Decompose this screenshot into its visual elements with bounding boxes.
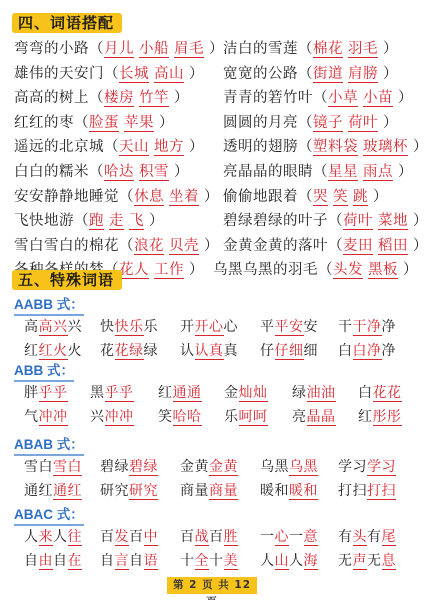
word-pair-row: 雪白雪白的棉花（浪花贝壳） bbox=[14, 234, 224, 259]
word-item: 无声无息 bbox=[338, 549, 396, 573]
close-paren: ） bbox=[159, 115, 174, 131]
word-prefix: 高 bbox=[24, 319, 39, 335]
word-red-part: 通通 bbox=[173, 385, 202, 402]
word-red-part: 暖和 bbox=[289, 483, 318, 500]
word-row: 胖乎乎黑乎乎红通通金灿灿绿油油白花花 bbox=[0, 381, 424, 405]
word-item: 一心一意 bbox=[260, 525, 318, 549]
word-suffix: 心 bbox=[224, 319, 239, 335]
answer-word: 月儿 bbox=[104, 41, 134, 58]
phrase-text: 圆圆的月亮 bbox=[223, 115, 298, 131]
word-pair-row: 遥远的北京城（天山地方） bbox=[14, 135, 224, 160]
word-prefix: 学习 bbox=[338, 459, 367, 475]
answer-word: 小草 bbox=[328, 90, 358, 107]
answer-word: 小船 bbox=[139, 41, 169, 58]
word-row: 红红火火花花绿绿认认真真仔仔细细白白净净 bbox=[0, 339, 424, 363]
close-paren: ） bbox=[383, 115, 398, 131]
word-char: 人 bbox=[53, 529, 68, 545]
section-5-title: 五、特殊词语 bbox=[12, 270, 122, 290]
open-paren: （ bbox=[298, 189, 313, 205]
word-item: 白花花 bbox=[358, 381, 402, 405]
word-prefix: 暖和 bbox=[260, 483, 289, 499]
word-char: 十 bbox=[209, 553, 224, 569]
word-char: 百 bbox=[129, 529, 144, 545]
word-char-red: 言 bbox=[115, 553, 130, 570]
word-item: 乐呵呵 bbox=[224, 405, 268, 429]
word-item: 绿油油 bbox=[292, 381, 336, 405]
word-pair-row: 安安静静地睡觉（休息坐着） bbox=[14, 185, 224, 210]
word-char: 百 bbox=[180, 529, 195, 545]
close-paren: ） bbox=[189, 262, 204, 278]
word-pair-row: 乌黑乌黑的羽毛（头发黑板） bbox=[213, 258, 424, 283]
word-prefix: 白 bbox=[338, 343, 353, 359]
word-pairs-right-column: 洁白的雪莲（棉花羽毛）宽宽的公路（街道肩膀）青青的箬竹叶（小草小苗）圆圆的月亮（… bbox=[223, 37, 424, 283]
word-char-red: 由 bbox=[39, 553, 54, 570]
phrase-text: 透明的翅膀 bbox=[223, 139, 298, 155]
open-paren: （ bbox=[119, 238, 134, 254]
word-prefix: 研究 bbox=[100, 483, 129, 499]
word-item: 红彤彤 bbox=[358, 405, 402, 429]
phrase-text: 青青的箬竹叶 bbox=[223, 90, 313, 106]
word-item: 人山人海 bbox=[260, 549, 318, 573]
word-pair-row: 高高的树上（楼房竹竿） bbox=[14, 86, 224, 111]
answer-word: 塑料袋 bbox=[313, 139, 358, 156]
word-item: 雪白雪白 bbox=[24, 455, 82, 479]
answer-word: 头发 bbox=[333, 262, 363, 279]
section-4-title: 四、词语搭配 bbox=[12, 13, 122, 33]
open-paren: （ bbox=[74, 115, 89, 131]
word-red-part: 彤彤 bbox=[373, 409, 402, 426]
word-item: 仔仔细细 bbox=[260, 339, 318, 363]
answer-word: 地方 bbox=[154, 139, 184, 156]
word-red-part: 金黄 bbox=[209, 459, 238, 476]
phrase-text: 飞快地游 bbox=[14, 213, 74, 229]
answer-word: 街道 bbox=[313, 66, 343, 83]
word-item: 通红通红 bbox=[24, 479, 82, 503]
word-red-part: 冲冲 bbox=[105, 409, 134, 426]
open-paren: （ bbox=[298, 139, 313, 155]
word-prefix: 红 bbox=[24, 343, 39, 359]
word-prefix: 开 bbox=[180, 319, 195, 335]
word-red-part: 乎乎 bbox=[105, 385, 134, 402]
word-item: 干干净净 bbox=[338, 315, 396, 339]
close-paren: ） bbox=[383, 66, 398, 82]
word-row: 通红通红研究研究商量商量暖和暖和打扫打扫 bbox=[0, 479, 424, 503]
word-red-part: 干净 bbox=[353, 319, 382, 336]
word-char: 自 bbox=[24, 553, 39, 569]
answer-word: 楼房 bbox=[104, 90, 134, 107]
word-suffix: 兴 bbox=[68, 319, 83, 335]
close-paren: ） bbox=[189, 66, 204, 82]
word-char-red: 战 bbox=[195, 529, 210, 546]
word-prefix: 通红 bbox=[24, 483, 53, 499]
word-item: 自由自在 bbox=[24, 549, 82, 573]
word-prefix: 平 bbox=[260, 319, 275, 335]
word-item: 打扫打扫 bbox=[338, 479, 396, 503]
word-item: 十全十美 bbox=[180, 549, 238, 573]
answer-word: 积雪 bbox=[139, 164, 169, 181]
word-pair-row: 亮晶晶的眼睛（星星雨点） bbox=[223, 160, 424, 185]
word-red-part: 哈哈 bbox=[173, 409, 202, 426]
word-char-red: 中 bbox=[144, 529, 159, 546]
word-char: 人 bbox=[260, 553, 275, 569]
word-pair-row: 偷偷地跟着（哭笑跳） bbox=[223, 185, 424, 210]
word-prefix: 红 bbox=[158, 385, 173, 401]
answer-word: 哈达 bbox=[104, 164, 134, 181]
word-prefix: 白 bbox=[358, 385, 373, 401]
phrase-text: 高高的树上 bbox=[14, 90, 89, 106]
word-item: 亮晶晶 bbox=[292, 405, 336, 429]
word-prefix: 亮 bbox=[292, 409, 307, 425]
word-char-red: 尾 bbox=[382, 529, 397, 546]
word-char-red: 意 bbox=[304, 529, 319, 546]
answer-word: 羽毛 bbox=[348, 41, 378, 58]
word-item: 研究研究 bbox=[100, 479, 158, 503]
answer-word: 脸蛋 bbox=[89, 115, 119, 132]
word-row: 高高兴兴快快乐乐开开心心平平安安干干净净 bbox=[0, 315, 424, 339]
phrase-text: 亮晶晶的眼睛 bbox=[223, 164, 313, 180]
word-char-red: 声 bbox=[353, 553, 368, 570]
phrase-text: 宽宽的公路 bbox=[223, 66, 298, 82]
answer-word: 小苗 bbox=[363, 90, 393, 107]
answer-word: 跑 bbox=[89, 213, 104, 230]
word-pair-row: 雄伟的天安门（长城高山） bbox=[14, 62, 224, 87]
word-prefix: 气 bbox=[24, 409, 39, 425]
open-paren: （ bbox=[104, 66, 119, 82]
close-paren: ） bbox=[413, 213, 424, 229]
word-red-part: 研究 bbox=[129, 483, 158, 500]
phrase-text: 遥远的北京城 bbox=[14, 139, 104, 155]
word-item: 乌黑乌黑 bbox=[260, 455, 318, 479]
word-pair-row: 碧绿碧绿的叶子（荷叶菜地） bbox=[223, 209, 424, 234]
word-pairs-left-column: 弯弯的小路（月儿小船眉毛）雄伟的天安门（长城高山）高高的树上（楼房竹竿）红红的枣… bbox=[14, 37, 224, 283]
word-prefix: 商量 bbox=[180, 483, 209, 499]
word-char: 无 bbox=[338, 553, 353, 569]
word-prefix: 干 bbox=[338, 319, 353, 335]
answer-word: 竹竿 bbox=[139, 90, 169, 107]
open-paren: （ bbox=[298, 66, 313, 82]
word-pair-row: 飞快地游（跑走飞） bbox=[14, 209, 224, 234]
word-red-part: 高兴 bbox=[39, 319, 68, 336]
word-item: 红通通 bbox=[158, 381, 202, 405]
open-paren: （ bbox=[89, 164, 104, 180]
word-red-part: 花花 bbox=[373, 385, 402, 402]
page-number-footer: 第 2 页 共 12 页 bbox=[167, 577, 257, 594]
answer-word: 眉毛 bbox=[174, 41, 204, 58]
answer-word: 荷叶 bbox=[343, 213, 373, 230]
word-prefix: 胖 bbox=[24, 385, 39, 401]
word-char: 自 bbox=[129, 553, 144, 569]
answer-word: 肩膀 bbox=[348, 66, 378, 83]
close-paren: ） bbox=[413, 238, 424, 254]
word-char-red: 心 bbox=[275, 529, 290, 546]
word-prefix: 笑 bbox=[158, 409, 173, 425]
word-item: 碧绿碧绿 bbox=[100, 455, 158, 479]
close-paren: ） bbox=[189, 139, 204, 155]
answer-word: 贝壳 bbox=[169, 238, 199, 255]
word-item: 快快乐乐 bbox=[100, 315, 158, 339]
word-item: 百发百中 bbox=[100, 525, 158, 549]
answer-word: 哭 bbox=[313, 189, 328, 206]
phrase-text: 偷偷地跟着 bbox=[223, 189, 298, 205]
word-pair-row: 透明的翅膀（塑料袋玻璃杯） bbox=[223, 135, 424, 160]
word-pair-row: 金黄金黄的落叶（麦田稻田） bbox=[223, 234, 424, 259]
open-paren: （ bbox=[298, 41, 313, 57]
answer-word: 天山 bbox=[119, 139, 149, 156]
phrase-text: 红红的枣 bbox=[14, 115, 74, 131]
word-char-red: 来 bbox=[39, 529, 54, 546]
word-item: 金黄金黄 bbox=[180, 455, 238, 479]
word-suffix: 细 bbox=[304, 343, 319, 359]
word-prefix: 兴 bbox=[90, 409, 105, 425]
phrase-text: 安安静静地睡觉 bbox=[14, 189, 119, 205]
close-paren: ） bbox=[373, 189, 388, 205]
word-prefix: 金黄 bbox=[180, 459, 209, 475]
word-prefix: 黑 bbox=[90, 385, 105, 401]
phrase-text: 弯弯的小路 bbox=[14, 41, 89, 57]
phrase-text: 乌黑乌黑的羽毛 bbox=[213, 262, 318, 278]
answer-word: 稻田 bbox=[378, 238, 408, 255]
answer-word: 跳 bbox=[353, 189, 368, 206]
close-paren: ） bbox=[204, 238, 219, 254]
word-char-red: 息 bbox=[382, 553, 397, 570]
word-item: 百战百胜 bbox=[180, 525, 238, 549]
answer-word: 雨点 bbox=[363, 164, 393, 181]
word-red-part: 通红 bbox=[53, 483, 82, 500]
answer-word: 飞 bbox=[129, 213, 144, 230]
answer-word: 镜子 bbox=[313, 115, 343, 132]
word-item: 笑哈哈 bbox=[158, 405, 202, 429]
word-item: 自言自语 bbox=[100, 549, 158, 573]
answer-word: 休息 bbox=[134, 189, 164, 206]
open-paren: （ bbox=[313, 164, 328, 180]
word-pair-row: 圆圆的月亮（镜子荷叶） bbox=[223, 111, 424, 136]
close-paren: ） bbox=[204, 189, 219, 205]
close-paren: ） bbox=[149, 213, 164, 229]
answer-word: 走 bbox=[109, 213, 124, 230]
word-char: 无 bbox=[367, 553, 382, 569]
word-red-part: 冲冲 bbox=[39, 409, 68, 426]
word-prefix: 仔 bbox=[260, 343, 275, 359]
word-item: 白白净净 bbox=[338, 339, 396, 363]
word-char: 人 bbox=[24, 529, 39, 545]
phrase-text: 白白的糯米 bbox=[14, 164, 89, 180]
close-paren: ） bbox=[174, 90, 189, 106]
word-red-part: 晶晶 bbox=[307, 409, 336, 426]
open-paren: （ bbox=[318, 262, 333, 278]
word-prefix: 红 bbox=[358, 409, 373, 425]
word-char-red: 语 bbox=[144, 553, 159, 570]
answer-word: 荷叶 bbox=[348, 115, 378, 132]
close-paren: ） bbox=[413, 139, 424, 155]
word-red-part: 打扫 bbox=[367, 483, 396, 500]
answer-word: 黑板 bbox=[368, 262, 398, 279]
word-char-red: 头 bbox=[353, 529, 368, 546]
word-prefix: 乌黑 bbox=[260, 459, 289, 475]
answer-word: 长城 bbox=[119, 66, 149, 83]
pattern-label: AABB 式： bbox=[14, 297, 84, 316]
word-item: 胖乎乎 bbox=[24, 381, 68, 405]
word-item: 气冲冲 bbox=[24, 405, 68, 429]
word-char: 人 bbox=[289, 553, 304, 569]
word-red-part: 油油 bbox=[307, 385, 336, 402]
word-char-red: 发 bbox=[115, 529, 130, 546]
word-pair-row: 青青的箬竹叶（小草小苗） bbox=[223, 86, 424, 111]
word-char-red: 在 bbox=[68, 553, 83, 570]
close-paren: ） bbox=[209, 41, 224, 57]
word-red-part: 认真 bbox=[195, 343, 224, 360]
word-char: 十 bbox=[180, 553, 195, 569]
open-paren: （ bbox=[89, 90, 104, 106]
word-char: 自 bbox=[53, 553, 68, 569]
phrase-text: 碧绿碧绿的叶子 bbox=[223, 213, 328, 229]
answer-word: 坐着 bbox=[169, 189, 199, 206]
phrase-text: 雪白雪白的棉花 bbox=[14, 238, 119, 254]
word-row: 人来人往百发百中百战百胜一心一意有头有尾 bbox=[0, 525, 424, 549]
word-item: 红红火火 bbox=[24, 339, 82, 363]
word-item: 学习学习 bbox=[338, 455, 396, 479]
word-red-part: 乎乎 bbox=[39, 385, 68, 402]
word-red-part: 商量 bbox=[209, 483, 238, 500]
word-suffix: 绿 bbox=[144, 343, 159, 359]
word-suffix: 净 bbox=[382, 343, 397, 359]
word-char: 一 bbox=[260, 529, 275, 545]
word-prefix: 快 bbox=[100, 319, 115, 335]
open-paren: （ bbox=[313, 90, 328, 106]
word-char-red: 美 bbox=[224, 553, 239, 570]
word-red-part: 乌黑 bbox=[289, 459, 318, 476]
word-item: 兴冲冲 bbox=[90, 405, 134, 429]
word-item: 高高兴兴 bbox=[24, 315, 82, 339]
word-item: 开开心心 bbox=[180, 315, 238, 339]
word-char-red: 胜 bbox=[224, 529, 239, 546]
word-suffix: 真 bbox=[224, 343, 239, 359]
word-prefix: 碧绿 bbox=[100, 459, 129, 475]
word-prefix: 绿 bbox=[292, 385, 307, 401]
word-char-red: 全 bbox=[195, 553, 210, 570]
word-char: 有 bbox=[338, 529, 353, 545]
word-red-part: 呵呵 bbox=[239, 409, 268, 426]
pattern-label: ABB 式： bbox=[14, 363, 74, 382]
word-char-red: 山 bbox=[275, 553, 290, 570]
answer-word: 苹果 bbox=[124, 115, 154, 132]
word-pair-row: 红红的枣（脸蛋苹果） bbox=[14, 111, 224, 136]
word-item: 人来人往 bbox=[24, 525, 82, 549]
pattern-label: ABAC 式： bbox=[14, 507, 84, 526]
word-red-part: 白净 bbox=[353, 343, 382, 360]
open-paren: （ bbox=[89, 41, 104, 57]
word-row: 自由自在自言自语十全十美人山人海无声无息 bbox=[0, 549, 424, 573]
close-paren: ） bbox=[398, 90, 413, 106]
word-red-part: 花绿 bbox=[115, 343, 144, 360]
open-paren: （ bbox=[119, 189, 134, 205]
word-red-part: 红火 bbox=[39, 343, 68, 360]
word-prefix: 花 bbox=[100, 343, 115, 359]
word-row: 气冲冲兴冲冲笑哈哈乐呵呵亮晶晶红彤彤 bbox=[0, 405, 424, 429]
word-char: 百 bbox=[209, 529, 224, 545]
word-prefix: 认 bbox=[180, 343, 195, 359]
answer-word: 菜地 bbox=[378, 213, 408, 230]
word-item: 有头有尾 bbox=[338, 525, 396, 549]
phrase-text: 雄伟的天安门 bbox=[14, 66, 104, 82]
word-red-part: 雪白 bbox=[53, 459, 82, 476]
answer-word: 花人 bbox=[119, 262, 149, 279]
word-prefix: 打扫 bbox=[338, 483, 367, 499]
word-pair-row: 洁白的雪莲（棉花羽毛） bbox=[223, 37, 424, 62]
word-suffix: 乐 bbox=[144, 319, 159, 335]
word-suffix: 净 bbox=[382, 319, 397, 335]
word-red-part: 开心 bbox=[195, 319, 224, 336]
word-red-part: 碧绿 bbox=[129, 459, 158, 476]
open-paren: （ bbox=[328, 213, 343, 229]
word-char-red: 往 bbox=[68, 529, 83, 546]
word-char: 百 bbox=[100, 529, 115, 545]
word-red-part: 平安 bbox=[275, 319, 304, 336]
word-item: 金灿灿 bbox=[224, 381, 268, 405]
phrase-text: 洁白的雪莲 bbox=[223, 41, 298, 57]
word-pair-row: 宽宽的公路（街道肩膀） bbox=[223, 62, 424, 87]
word-char: 自 bbox=[100, 553, 115, 569]
word-red-part: 灿灿 bbox=[239, 385, 268, 402]
answer-word: 星星 bbox=[328, 164, 358, 181]
answer-word: 棉花 bbox=[313, 41, 343, 58]
pattern-label: ABAB 式： bbox=[14, 437, 84, 456]
open-paren: （ bbox=[104, 139, 119, 155]
word-prefix: 金 bbox=[224, 385, 239, 401]
word-red-part: 仔细 bbox=[275, 343, 304, 360]
close-paren: ） bbox=[174, 164, 189, 180]
word-char: 有 bbox=[367, 529, 382, 545]
open-paren: （ bbox=[74, 213, 89, 229]
answer-word: 高山 bbox=[154, 66, 184, 83]
close-paren: ） bbox=[383, 41, 398, 57]
answer-word: 工作 bbox=[154, 262, 184, 279]
word-prefix: 乐 bbox=[224, 409, 239, 425]
word-suffix: 安 bbox=[304, 319, 319, 335]
word-red-part: 学习 bbox=[367, 459, 396, 476]
answer-word: 玻璃杯 bbox=[363, 139, 408, 156]
word-item: 平平安安 bbox=[260, 315, 318, 339]
word-item: 黑乎乎 bbox=[90, 381, 134, 405]
word-char: 一 bbox=[289, 529, 304, 545]
phrase-text: 金黄金黄的落叶 bbox=[223, 238, 328, 254]
answer-word: 笑 bbox=[333, 189, 348, 206]
word-item: 花花绿绿 bbox=[100, 339, 158, 363]
word-suffix: 火 bbox=[68, 343, 83, 359]
open-paren: （ bbox=[328, 238, 343, 254]
word-row: 雪白雪白碧绿碧绿金黄金黄乌黑乌黑学习学习 bbox=[0, 455, 424, 479]
word-item: 暖和暖和 bbox=[260, 479, 318, 503]
answer-word: 麦田 bbox=[343, 238, 373, 255]
word-item: 商量商量 bbox=[180, 479, 238, 503]
word-prefix: 雪白 bbox=[24, 459, 53, 475]
word-pair-row: 白白的糯米（哈达积雪） bbox=[14, 160, 224, 185]
word-red-part: 快乐 bbox=[115, 319, 144, 336]
close-paren: ） bbox=[398, 164, 413, 180]
open-paren: （ bbox=[298, 115, 313, 131]
close-paren: ） bbox=[403, 262, 418, 278]
answer-word: 浪花 bbox=[134, 238, 164, 255]
word-pair-row: 弯弯的小路（月儿小船眉毛） bbox=[14, 37, 224, 62]
word-item: 认认真真 bbox=[180, 339, 238, 363]
word-char-red: 海 bbox=[304, 553, 319, 570]
